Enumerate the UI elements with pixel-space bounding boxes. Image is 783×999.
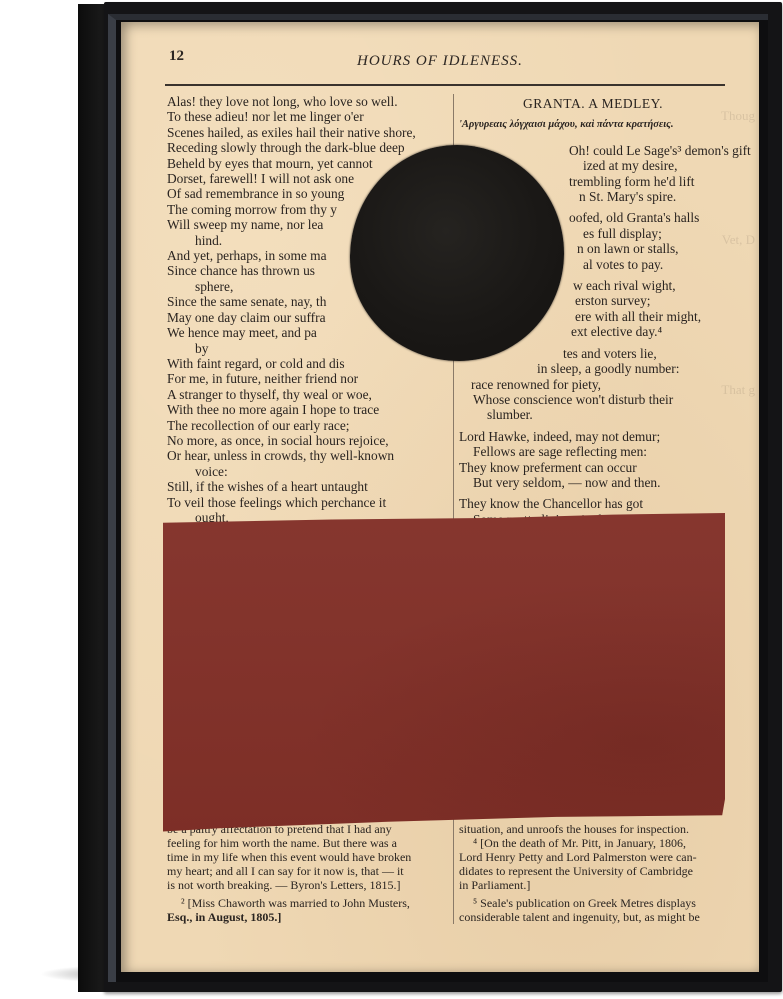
poem-line: Whose conscience won't disturb their xyxy=(459,392,727,407)
poem-line: in sleep, a goodly number: xyxy=(459,361,727,376)
poem-line: race renowned for piety, xyxy=(459,377,727,392)
footnote-line: my heart; and all I can say for it now i… xyxy=(167,864,449,878)
poem-line: A stranger to thyself, thy weal or woe, xyxy=(167,387,449,402)
page-number: 12 xyxy=(169,48,184,65)
painted-black-circle xyxy=(350,145,564,361)
footnote-line: ² [Miss Chaworth was married to John Mus… xyxy=(167,896,449,910)
footnotes-left: be a paltry affectation to pretend that … xyxy=(167,822,449,924)
footnote-line: feeling for him worth the name. But ther… xyxy=(167,836,449,850)
poem-line: Still, if the wishes of a heart untaught xyxy=(167,479,449,494)
footnote-line: time in my life when this event would ha… xyxy=(167,850,449,864)
footnotes-right: situation, and unroofs the houses for in… xyxy=(459,822,727,924)
running-head: HOURS OF IDLENESS. xyxy=(357,53,523,70)
poem-line: The recollection of our early race; xyxy=(167,418,449,433)
poem-line: They know preferment can occur xyxy=(459,460,727,475)
poem-line: To these adieu! nor let me linger o'er xyxy=(167,109,449,124)
poem-line: Receding slowly through the dark-blue de… xyxy=(167,140,449,155)
footnote-line: ⁴ [On the death of Mr. Pitt, in January,… xyxy=(459,836,727,850)
poem-line: They know the Chancellor has got xyxy=(459,496,727,511)
poem-line: No more, as once, in social hours rejoic… xyxy=(167,433,449,448)
poem-line: To veil those feelings which perchance i… xyxy=(167,495,449,510)
painted-red-rectangle xyxy=(163,513,725,838)
footnote-line: is not worth breaking. — Byron's Letters… xyxy=(167,878,449,892)
poem-line: For me, in future, neither friend nor xyxy=(167,371,449,386)
poem-line: voice: xyxy=(167,464,449,479)
footnote-line: ⁵ Seale's publication on Greek Metres di… xyxy=(459,896,727,910)
header-rule xyxy=(165,84,725,86)
poem-line: With faint regard, or cold and dis xyxy=(167,356,449,371)
footnote-line: didates to represent the University of C… xyxy=(459,864,727,878)
poem-line: Or hear, unless in crowds, thy well-know… xyxy=(167,448,449,463)
poem-line: With thee no more again I hope to trace xyxy=(167,402,449,417)
footnote-line: situation, and unroofs the houses for in… xyxy=(459,822,727,836)
poem-line: Alas! they love not long, who love so we… xyxy=(167,94,449,109)
poem-line: slumber. xyxy=(459,407,727,422)
poem-line: Fellows are sage reflecting men: xyxy=(459,444,727,459)
book-page-canvas: 12 HOURS OF IDLENESS. Thoug Vet, D That … xyxy=(121,22,759,972)
footnote-line: Lord Henry Petty and Lord Palmerston wer… xyxy=(459,850,727,864)
footnote-line: Esq., in August, 1805.] xyxy=(167,910,449,924)
poem-line: Lord Hawke, indeed, may not demur; xyxy=(459,429,727,444)
poem-title: GRANTA. A MEDLEY. xyxy=(459,96,727,111)
footnote-line: in Parliament.] xyxy=(459,878,727,892)
poem-line: But very seldom, — now and then. xyxy=(459,475,727,490)
poem-line: Scenes hailed, as exiles hail their nati… xyxy=(167,125,449,140)
footnote-line: considerable talent and ingenuity, but, … xyxy=(459,910,727,924)
greek-epigraph: 'Αργυρεαις λόγχαισι μάχου, καὶ πάντα κρα… xyxy=(459,117,727,132)
